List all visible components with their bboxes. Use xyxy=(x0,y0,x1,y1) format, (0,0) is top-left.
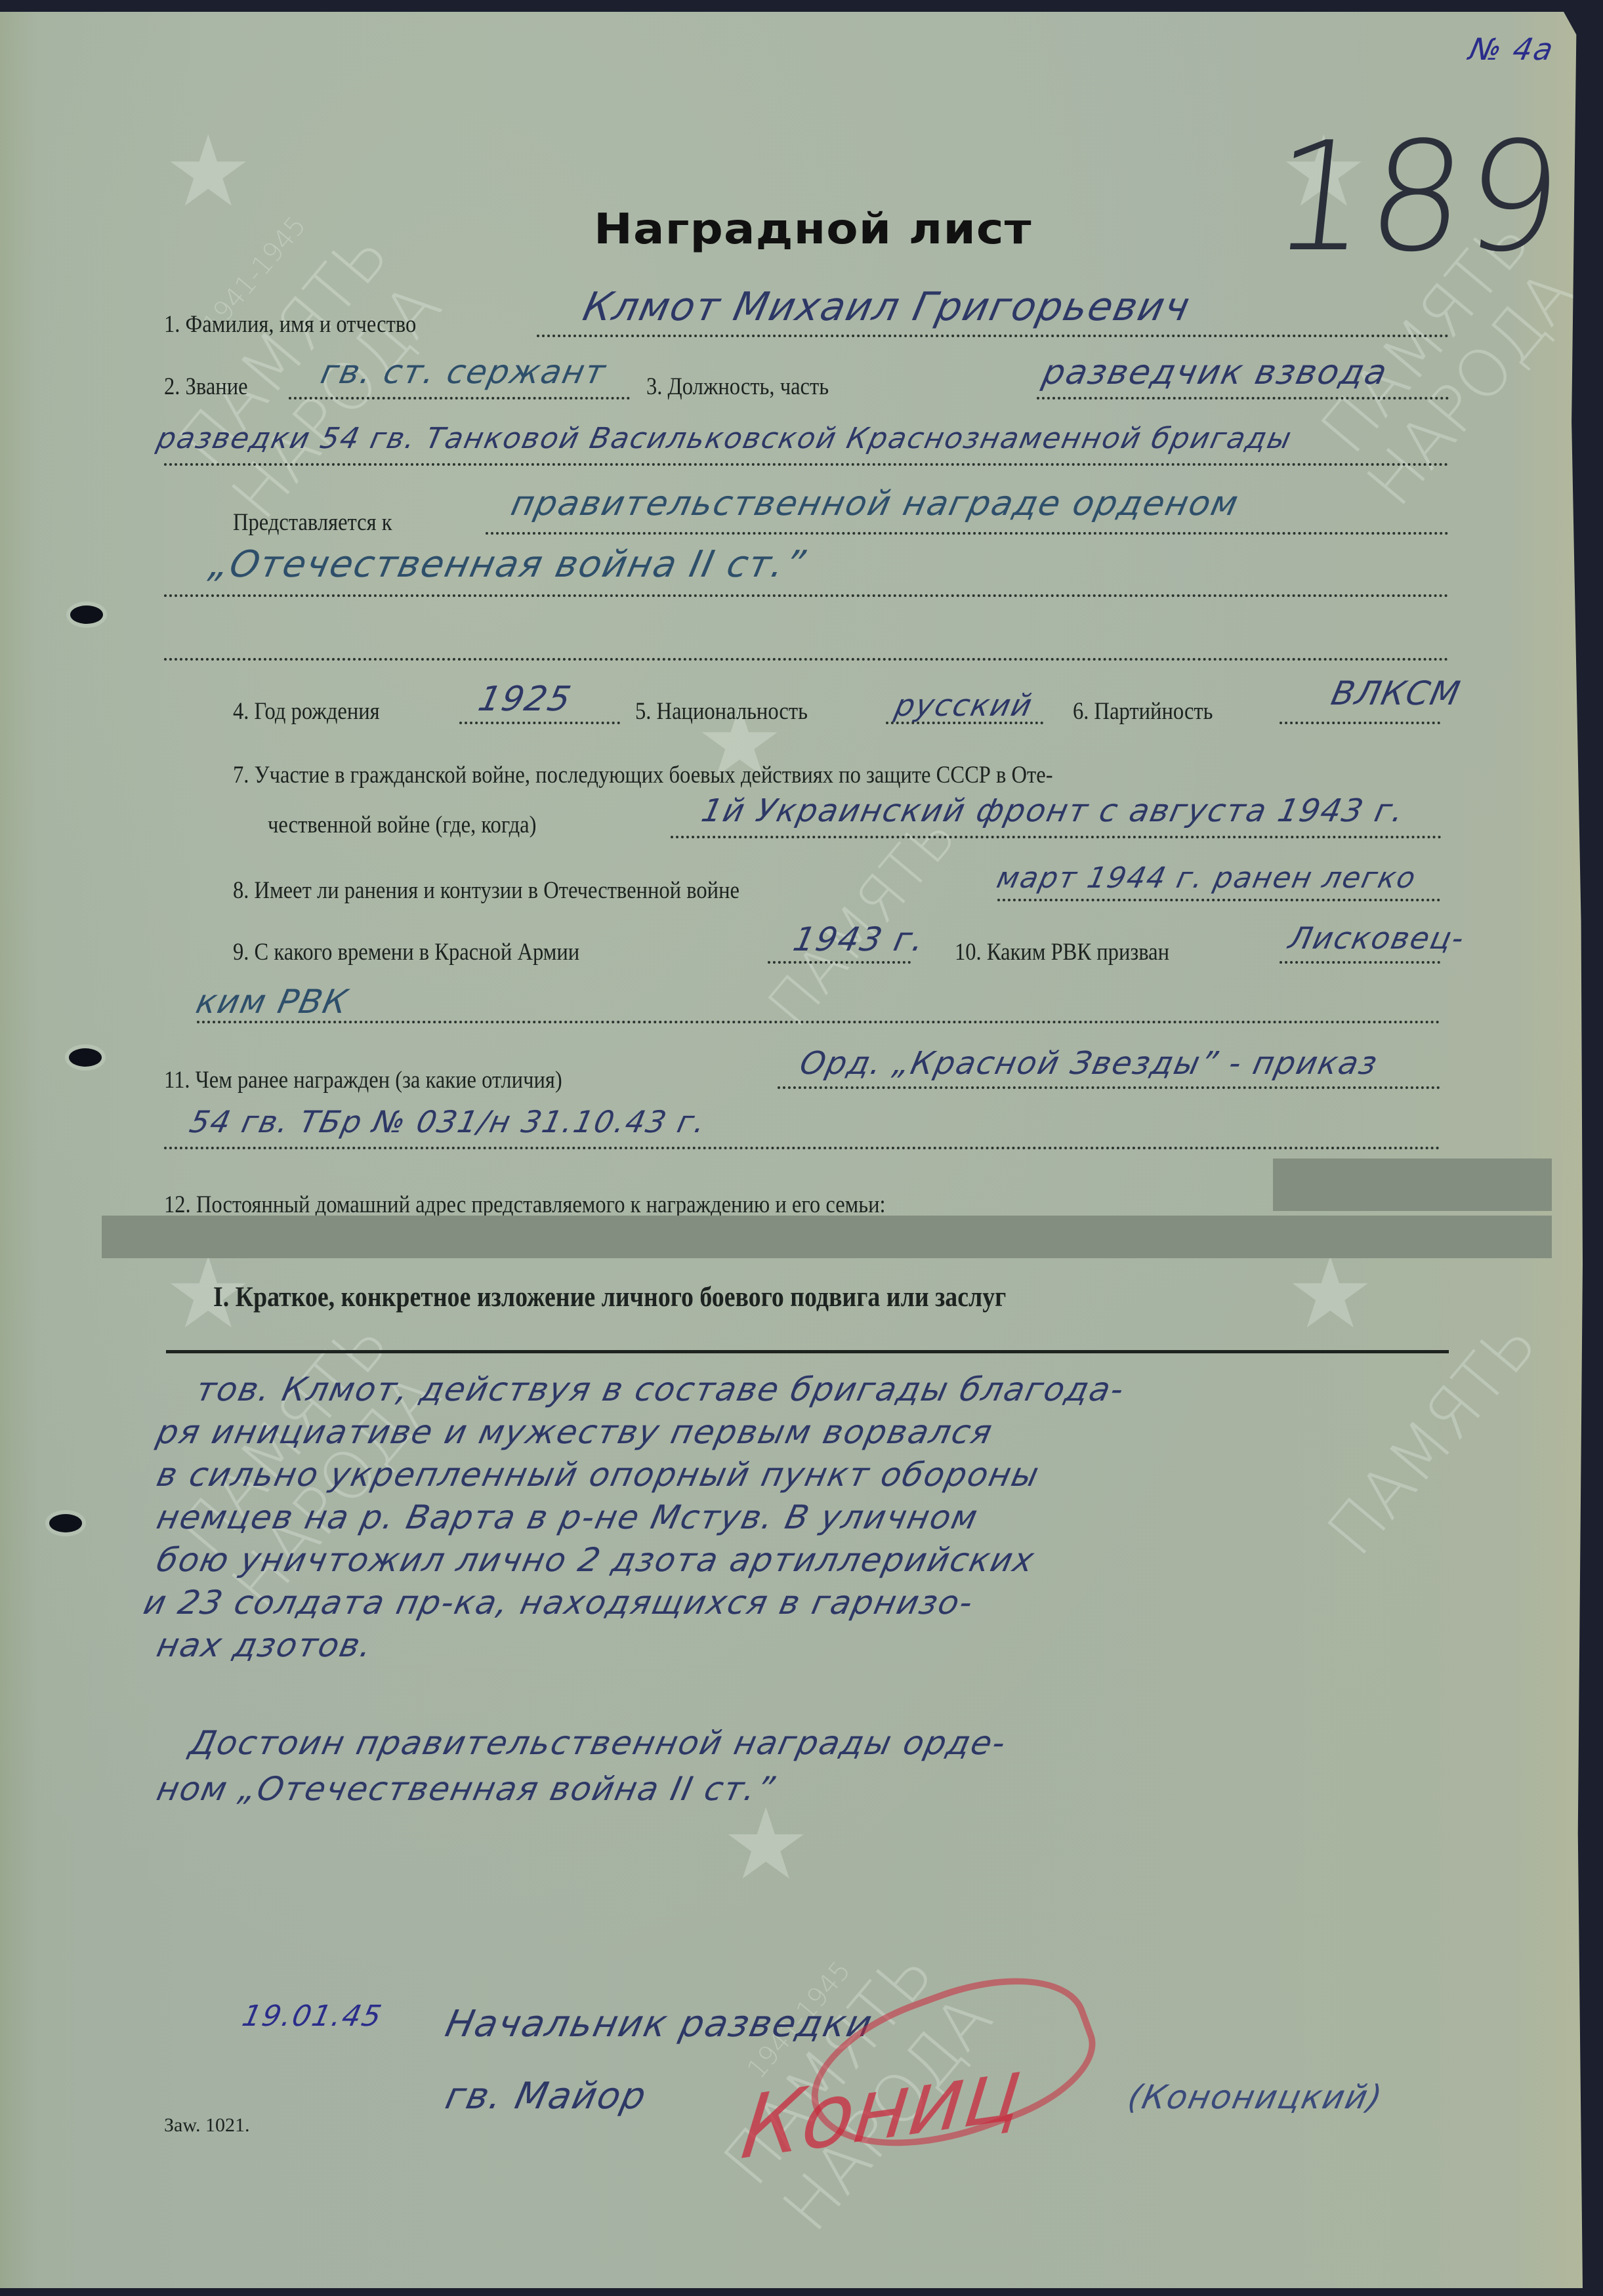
corner-number: № 4а xyxy=(1466,31,1557,67)
field-1-value: Клмот Михаил Григорьевич xyxy=(579,284,1195,330)
field-2-label: 2. Звание xyxy=(164,373,248,401)
field-10-label: 10. Каким РВК призван xyxy=(955,938,1169,966)
field-8-value: март 1944 г. ранен легко xyxy=(994,861,1420,895)
signature-name: (Кононицкий) xyxy=(1125,2078,1386,2116)
conclusion-line: Достоин правительственной награды орде- xyxy=(186,1724,1010,1762)
punch-hole xyxy=(70,605,103,624)
conclusion-line: ном „Отечественная война II ст.” xyxy=(154,1770,779,1808)
page-title: Наградной лист xyxy=(594,205,1032,254)
field-5-value: русский xyxy=(892,687,1036,723)
field-9-label: 9. С какого времени в Красной Армии xyxy=(233,938,579,966)
redacted-address xyxy=(102,1216,1552,1258)
section-divider xyxy=(166,1350,1449,1353)
field-7-value: 1й Украинский фронт с августа 1943 г. xyxy=(698,792,1408,829)
field-7-label-cont: чественной войне (где, когда) xyxy=(268,811,536,839)
signature-date: 19.01.45 xyxy=(239,1999,386,2033)
punch-hole xyxy=(49,1514,82,1532)
field-10-value-cont: ким РВК xyxy=(193,983,352,1021)
watermark-star-icon: ★ xyxy=(1286,1245,1374,1343)
red-signature: Кониц xyxy=(737,2038,1029,2179)
field-7-label: 7. Участие в гражданской войне, последую… xyxy=(233,761,1053,789)
print-order-number: Заw. 1021. xyxy=(164,2114,250,2137)
narrative-line: в сильно укрепленный опорный пункт оборо… xyxy=(154,1455,1044,1494)
field-12-label: 12. Постоянный домашний адрес представля… xyxy=(164,1191,886,1219)
field-2-value: гв. ст. сержант xyxy=(318,353,610,391)
field-6-label: 6. Партийность xyxy=(1073,697,1213,726)
represented-value: правительственной награде орденом xyxy=(508,484,1243,523)
section-1-heading: I. Краткое, конкретное изложение личного… xyxy=(213,1281,1006,1313)
narrative-line: немцев на р. Варта в р-не Мстув. В уличн… xyxy=(154,1498,982,1537)
watermark-line2: НАРОДА xyxy=(217,269,456,534)
redacted-address xyxy=(1273,1158,1552,1211)
punch-hole xyxy=(69,1048,102,1067)
field-3-value: разведчик взвода xyxy=(1039,353,1392,392)
narrative-line: бою уничтожил лично 2 дзота артиллерийск… xyxy=(154,1540,1039,1580)
narrative-line: и 23 солдата пр-ка, находящихся в гарниз… xyxy=(140,1583,978,1622)
field-5-label: 5. Национальность xyxy=(635,697,808,726)
field-3-label: 3. Должность, часть xyxy=(646,373,829,401)
narrative-line: тов. Клмот, действуя в составе бригады б… xyxy=(193,1370,1129,1409)
watermark-line1: ПАМЯТЬ xyxy=(1312,1305,1552,1570)
award-sheet-paper: ★ 1941-1945 ПАМЯТЬ НАРОДА ★ ПАМЯТЬ НАРОД… xyxy=(0,12,1583,2288)
field-4-value: 1925 xyxy=(475,680,575,719)
signature-position: Начальник разведки xyxy=(442,2003,877,2045)
represented-label: Представляется к xyxy=(233,508,392,537)
field-11-value: Орд. „Красной Звезды” - приказ xyxy=(797,1045,1381,1082)
field-1-label: 1. Фамилия, имя и отчество xyxy=(164,310,416,338)
narrative-line: ря инициативе и мужеству первым ворвался xyxy=(154,1412,997,1452)
sheet-number: 189 xyxy=(1264,110,1570,285)
field-11-value-cont: 54 гв. ТБр № 031/н 31.10.43 г. xyxy=(186,1104,709,1139)
field-4-label: 4. Год рождения xyxy=(233,697,380,726)
narrative-line: нах дзотов. xyxy=(154,1626,377,1665)
field-10-value: Лисковец- xyxy=(1285,920,1468,956)
signature-rank: гв. Майор xyxy=(442,2075,651,2118)
represented-value-cont: „Отечественная война II ст.” xyxy=(205,543,810,586)
watermark-star-icon: ★ xyxy=(722,1796,810,1895)
field-6-value: ВЛКСМ xyxy=(1328,674,1465,712)
watermark-star-icon: ★ xyxy=(164,123,252,222)
field-3-value-cont: разведки 54 гв. Танковой Васильковской К… xyxy=(154,422,1295,455)
field-9-value: 1943 г. xyxy=(790,920,929,958)
field-11-label: 11. Чем ранее награжден (за какие отличи… xyxy=(164,1066,562,1094)
field-8-label: 8. Имеет ли ранения и контузии в Отечест… xyxy=(233,876,739,905)
watermark-line2: НАРОДА xyxy=(1352,256,1591,521)
